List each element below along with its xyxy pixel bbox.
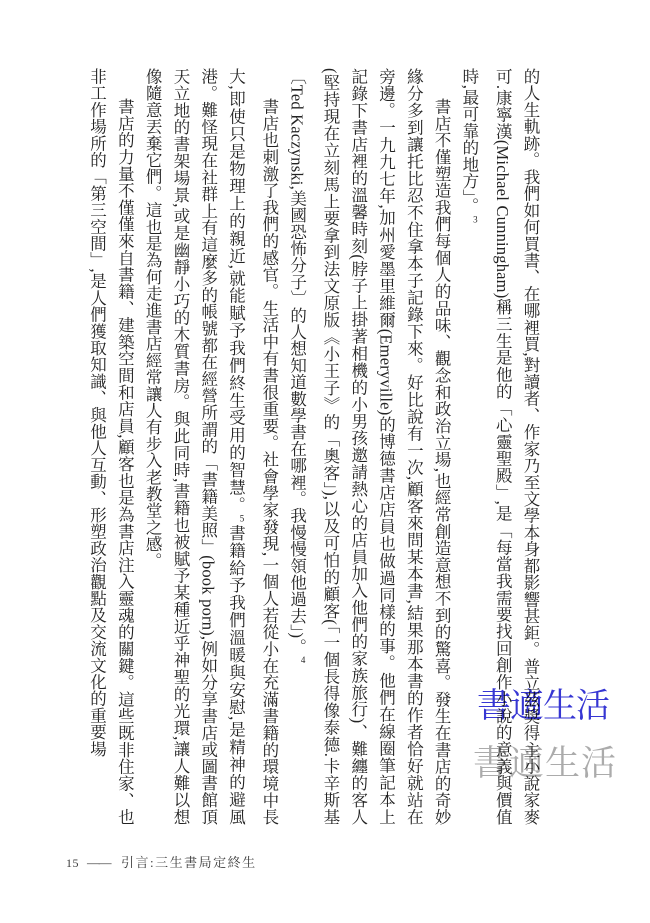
paragraph-text: 書店不僅塑造我們每個人的品味、觀念和政治立場,也經常創造意想不到的驚喜。發生在書… — [288, 68, 451, 825]
footer-dash: —— — [87, 855, 110, 871]
paragraph-1: 的人生軌跡。我們如何買書、在哪裡買,對讀者、作家乃至文學本身都影響甚鉅。普立茲獎… — [455, 68, 544, 825]
body-text: 的人生軌跡。我們如何買書、在哪裡買,對讀者、作家乃至文學本身都影響甚鉅。普立茲獎… — [66, 68, 544, 825]
book-page: 的人生軌跡。我們如何買書、在哪裡買,對讀者、作家乃至文學本身都影響甚鉅。普立茲獎… — [0, 0, 650, 923]
page-number: 15 — [66, 856, 79, 871]
paragraph-3: 書店也刺激了我們的感官。生活中有書很重要。社會學家發現,一個人若從小在充滿書籍的… — [138, 68, 282, 825]
paragraph-text: 書店的力量不僅僅來自書籍、建築空間和店員,顧客也是為書店注入靈魂的關鍵。這些既非… — [88, 68, 135, 825]
page-footer: 15 —— 引言:三生書局定終生 — [66, 852, 257, 871]
footnote-ref-5: 5 — [237, 514, 247, 524]
footnote-ref-4: 4 — [298, 655, 308, 665]
paragraph-4: 書店的力量不僅僅來自書籍、建築空間和店員,顧客也是為書店注入靈魂的關鍵。這些既非… — [83, 68, 139, 825]
footnote-ref-3: 3 — [470, 214, 480, 224]
paragraph-text: 的人生軌跡。我們如何買書、在哪裡買,對讀者、作家乃至文學本身都影響甚鉅。普立茲獎… — [460, 68, 540, 825]
chapter-title: 引言:三生書局定終生 — [121, 852, 257, 871]
paragraph-2: 書店不僅塑造我們每個人的品味、觀念和政治立場,也經常創造意想不到的驚喜。發生在書… — [283, 68, 455, 825]
